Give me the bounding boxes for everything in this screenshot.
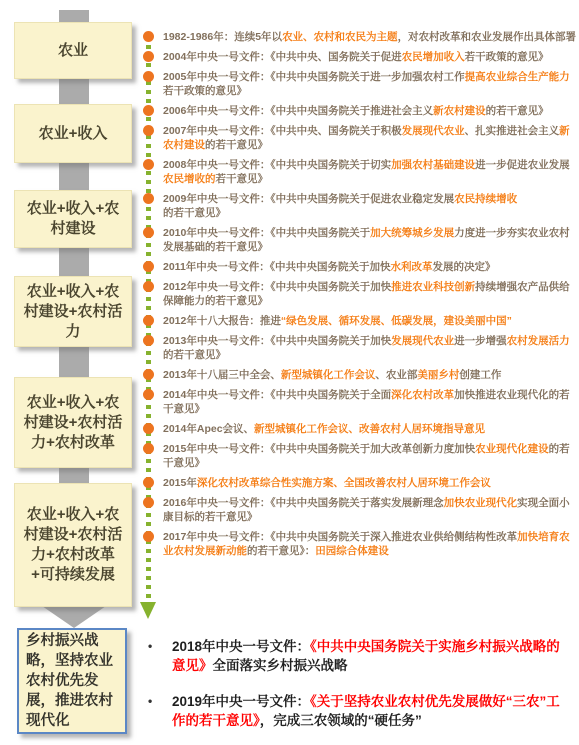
timeline-entry-2015-plan: 2015年深化农村改革综合性实施方案、全国改善农村人居环境工作会议	[163, 476, 577, 490]
flow-arrow-head-icon	[42, 606, 106, 628]
stage-box-income: 农业+收入	[14, 104, 132, 163]
bullet-dot-icon: •	[146, 637, 172, 675]
timeline-entry-2005: 2005年中央一号文件：《中共中央国务院关于进一步加强农村工作提高农业综合生产能…	[163, 70, 577, 98]
timeline-entry-2014-apec: 2014年Apec会议、新型城镇化工作会议、改善农村人居环境指导意见	[163, 422, 577, 436]
timeline-entry-2008: 2008年中央一号文件：《中共中央国务院关于切实加强农村基础建设进一步促进农业发…	[163, 158, 577, 186]
timeline-arrow-icon	[140, 602, 156, 619]
bullet-2018-text: 2018年中央一号文件：《中共中央国务院关于实施乡村振兴战略的意见》全面落实乡村…	[172, 637, 572, 675]
timeline-entries: 1982-1986年：连续5年以农业、农村和农民为主题，对农村改革和农业发展作出…	[163, 30, 577, 558]
timeline-entry-1982: 1982-1986年：连续5年以农业、农村和农民为主题，对农村改革和农业发展作出…	[163, 30, 577, 44]
conclusion-box: 乡村振兴战略，坚持农业农村优先发展，推进农村现代化	[17, 628, 127, 734]
stage-box-sustainable: 农业+收入+农村建设+农村活力+农村改革+可持续发展	[14, 483, 132, 607]
timeline-entry-2010: 2010年中央一号文件：《中共中央国务院关于加大统筹城乡发展力度进一步夯实农业农…	[163, 226, 577, 254]
timeline-entry-2011: 2011年中央一号文件：《中共中央国务院关于加快水利改革发展的决定》	[163, 260, 577, 274]
policy-timeline-diagram: 农业 农业+收入 农业+收入+农村建设 农业+收入+农村建设+农村活力 农业+收…	[0, 0, 579, 745]
stage-box-rural-reform: 农业+收入+农村建设+农村活力+农村改革	[14, 377, 132, 468]
timeline-entry-2013-no1: 2013年中央一号文件：《中共中央国务院关于加快发展现代农业进一步增强农村发展活…	[163, 334, 577, 362]
stage-box-rural-vitality: 农业+收入+农村建设+农村活力	[14, 276, 132, 347]
timeline-entry-2012-no1: 2012年中央一号文件：《中共中央国务院关于加快推进农业科技创新持续增强农产品供…	[163, 280, 577, 308]
conclusion-bullets: • 2018年中央一号文件：《中共中央国务院关于实施乡村振兴战略的意见》全面落实…	[146, 637, 572, 730]
bullet-2019-text: 2019年中央一号文件：《关于坚持农业农村优先发展做好“三农”工作的若干意见》，…	[172, 692, 572, 730]
timeline-entry-2009: 2009年中央一号文件：《中共中央国务院关于促进农业稳定发展农民持续增收的若干意…	[163, 192, 577, 220]
timeline-entry-2015-no1: 2015年中央一号文件：《中共中央国务院关于加大改革创新力度加快农业现代化建设的…	[163, 442, 577, 470]
bullet-dot-icon: •	[146, 692, 172, 730]
timeline-entry-2004: 2004年中央一号文件：《中共中央、国务院关于促进农民增加收入若干政策的意见》	[163, 50, 577, 64]
timeline-entry-2007: 2007年中央一号文件：《中共中央、国务院关于积极发展现代农业、扎实推进社会主义…	[163, 124, 577, 152]
timeline-entry-2012-18th-congress: 2012年十八大报告：推进“绿色发展、循环发展、低碳发展，建设美丽中国”	[163, 314, 577, 328]
timeline-entry-2013-plenum: 2013年十八届三中全会、新型城镇化工作会议、农业部美丽乡村创建工作	[163, 368, 577, 382]
timeline-entry-2017: 2017年中央一号文件：《中共中央国务院关于深入推进农业供给侧结构性改革加快培育…	[163, 530, 577, 558]
timeline-entry-2014-no1: 2014年中央一号文件：《中共中央国务院关于全面深化农村改革加快推进农业现代化的…	[163, 388, 577, 416]
timeline-entry-2006: 2006年中央一号文件：《中共中央国务院关于推进社会主义新农村建设的若干意见》	[163, 104, 577, 118]
stage-box-rural-construction: 农业+收入+农村建设	[14, 190, 132, 248]
bullet-2018: • 2018年中央一号文件：《中共中央国务院关于实施乡村振兴战略的意见》全面落实…	[146, 637, 572, 675]
bullet-2019: • 2019年中央一号文件：《关于坚持农业农村优先发展做好“三农”工作的若干意见…	[146, 692, 572, 730]
stage-box-agriculture: 农业	[14, 22, 132, 79]
timeline-entry-2016: 2016年中央一号文件：《中共中央国务院关于落实发展新理念加快农业现代化实现全面…	[163, 496, 577, 524]
